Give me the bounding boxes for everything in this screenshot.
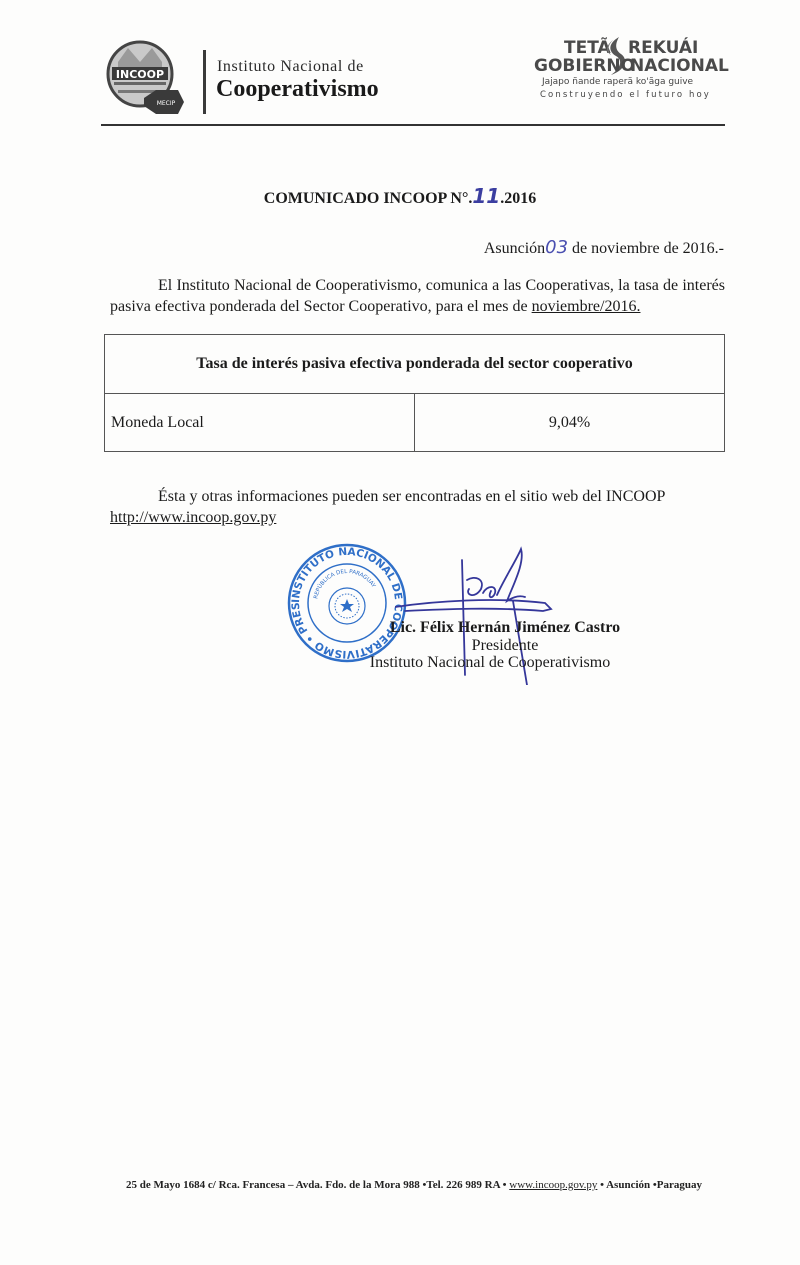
signatory-role: Presidente [370,637,640,655]
svg-text:MECIP: MECIP [157,100,176,107]
intro-paragraph: El Instituto Nacional de Cooperativismo,… [110,275,725,317]
institute-name-line1: Instituto Nacional de [217,58,364,76]
gov-logo-word: REKUÁI [628,38,698,58]
date-handwritten-day: 03 [545,237,568,258]
incoop-logo: INCOOP MECIP [104,40,186,122]
header-rule [101,124,725,126]
svg-text:INCOOP: INCOOP [116,68,164,81]
rates-table-header: Tasa de interés pasiva efectiva ponderad… [105,335,725,394]
title-handwritten-number: 11 [472,184,500,208]
gov-logo-word: NACIONAL [630,56,729,76]
title-suffix: .2016 [500,190,536,207]
footer-phone: •Tel. 226 989 RA • [423,1179,507,1191]
rate-value: 9,04% [415,394,725,452]
footer-address-bar: 25 de Mayo 1684 c/ Rca. Francesa – Avda.… [0,1179,800,1191]
date-line: Asunción03 de noviembre de 2016.- [484,237,724,258]
footer-location: • Asunción •Paraguay [600,1179,702,1191]
header-divider [203,50,206,114]
footer-address: 25 de Mayo 1684 c/ Rca. Francesa – Avda.… [126,1179,420,1191]
date-rest: de noviembre de 2016.- [572,240,724,257]
intro-period: noviembre/2016. [532,298,641,315]
title-prefix: COMUNICADO INCOOP N°. [264,190,473,207]
info-paragraph: Ésta y otras informaciones pueden ser en… [110,486,725,528]
government-logo: TETÃ REKUÁI GOBIERNO NACIONAL Jajapo ñan… [530,36,720,110]
institute-name-line2: Cooperativismo [216,76,379,103]
website-link[interactable]: http://www.incoop.gov.py [110,509,276,526]
signatory-name: Lic. Félix Hernán Jiménez Castro [370,619,640,637]
table-row: Moneda Local 9,04% [105,394,725,452]
date-city: Asunción [484,240,545,257]
svg-text:REPÚBLICA DEL PARAGUAY: REPÚBLICA DEL PARAGUAY [313,569,376,599]
rates-table: Tasa de interés pasiva efectiva ponderad… [104,334,725,452]
footer-website-link[interactable]: www.incoop.gov.py [509,1179,597,1191]
gov-logo-word: GOBIERNO [534,56,635,76]
gov-logo-slogan: Construyendo el futuro hoy [540,90,711,100]
signatory-institution: Instituto Nacional de Cooperativismo [340,654,640,672]
rate-label: Moneda Local [105,394,415,452]
info-text: Ésta y otras informaciones pueden ser en… [158,488,665,505]
gov-logo-guarani-tagline: Jajapo ñande raperã ko'ãga guive [542,77,693,87]
document-title: COMUNICADO INCOOP N°.11.2016 [0,184,800,208]
